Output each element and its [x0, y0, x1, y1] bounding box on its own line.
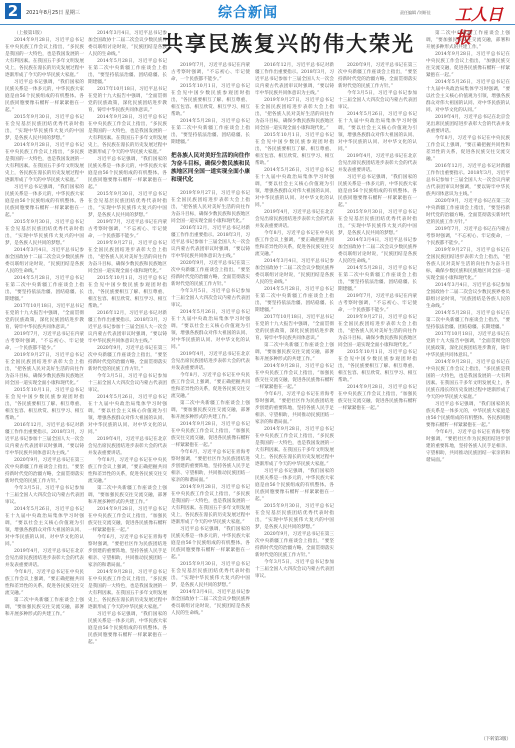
paragraph: 2019年4月，习近平总书记在北京会见出席民族团结进步表彰大会的代表并发表重要讲…: [255, 209, 334, 230]
paragraph: 习近平总书记强调，“我们国家的民族关系是一体多元的，中华民族大家庭是由56个民族…: [426, 401, 510, 429]
paragraph: 2020年9月，习近平总书记在第三次中央新疆工作座谈会上指出，“要坚持新时代党的…: [255, 531, 334, 559]
paragraph: 2019年9月27日，习近平总书记在全国民族团结进步表彰大会上指出，“把各族人民…: [88, 240, 167, 275]
paragraph: 今年6月，习近平总书记在青海考察时强调，“要把社区作为民族团结进步创建的重要阵地…: [171, 449, 250, 484]
continuation-note: （上接第1版）: [5, 30, 84, 37]
paragraph: 今年3月5日，习近平总书记参加十三届全国人大四次会议内蒙古代表团审议。: [171, 288, 250, 309]
paragraph: 2019年4月，习近平总书记在北京会见出席民族团结进步表彰大会的代表并发表重要讲…: [88, 436, 167, 457]
paragraph: 2016年12月，习近平总书记对新疆工作作出重要指示。2018年3月，习近平总书…: [426, 163, 510, 198]
paragraph: 2020年9月，习近平总书记在第三次中央新疆工作座谈会上指出，“要坚持新时代党的…: [426, 198, 510, 226]
paragraph: 2015年10月1日，习近平总书记在会见中国少数民族参观团时指出，“各民族要相互…: [255, 132, 334, 167]
paragraph: 2014年9月28日，习近平总书记在中央民族工作会议上指出，“多民族是我国的一大…: [171, 484, 250, 526]
paragraph: 2019年7月，习近平总书记在内蒙古考察时强调，“不忘初心、牢记使命，一个民族都…: [88, 219, 167, 240]
paragraph: 2016年12月，习近平总书记对新疆工作作出重要指示。2018年3月，习近平总书…: [255, 62, 334, 97]
paragraph: 2019年9月27日，习近平总书记在全国民族团结进步表彰大会上指出，“把各族人民…: [255, 97, 334, 132]
paragraph: 2014年9月28日，习近平总书记在中央民族工作会议上指出，“加强民族交往交流交…: [338, 384, 417, 412]
paragraph: 2014年5月26日，习近平总书记在十九届中央政治局集体学习时强调，“要以社会主…: [5, 506, 84, 548]
paragraph: 2019年9月27日，习近平总书记在全国民族团结进步表彰大会上指出，“把各族人民…: [338, 314, 417, 349]
paragraph: 2019年9月27日，习近平总书记在全国民族团结进步表彰大会上指出，“把各族人民…: [426, 247, 510, 282]
section-title: 综合新闻: [218, 2, 278, 22]
paragraph: 2014年9月28日，习近平总书记在中央民族工作会议上指出，“加强民族交往交流交…: [88, 506, 167, 534]
paragraph: 2014年5月28日，习近平总书记在第二次中央新疆工作座谈会上指出，“要坚持依法…: [255, 286, 334, 314]
paragraph: 2015年9月30日，习近平总书记在会见基层民族团结优秀代表时指出，“实现中华民…: [338, 209, 417, 237]
paragraph: 2015年10月1日，习近平总书记在会见中国少数民族参观团时指出，“各民族要相互…: [88, 275, 167, 310]
paragraph: 2019年9月27日，习近平总书记在全国民族团结进步表彰大会上指出，“把各族人民…: [5, 352, 84, 387]
paragraph: 2014年5月26日，习近平总书记在十九届中央政治局集体学习时强调，“要以社会主…: [88, 394, 167, 436]
article-column-3: 2019年7月，习近平总书记在内蒙古考察时强调，“不忘初心、牢记使命，一个民族都…: [171, 62, 250, 617]
paragraph: 今年8月，习近平总书记在中央民族工作会议上强调，“要正确把握共同性和差异性的关系…: [255, 230, 334, 258]
article-column-5: 2020年9月，习近平总书记在第三次中央新疆工作座谈会上指出，“要坚持新时代党的…: [338, 62, 417, 412]
paragraph: 今年3月5日，习近平总书记参加十三届全国人大四次会议内蒙古代表团审议。: [255, 559, 334, 580]
paragraph: 2014年5月26日，习近平总书记在十九届中央政治局集体学习时强调，“要以社会主…: [255, 167, 334, 209]
paragraph: 2019年7月，习近平总书记在内蒙古考察时强调，“不忘初心、牢记使命，一个民族都…: [5, 331, 84, 352]
paragraph: 2014年9月28日，习近平总书记在中央民族工作会议上指出，“加强民族交往交流交…: [255, 363, 334, 391]
paragraph: 第二次中央新疆工作座谈会上强调，“要加强民族交往交流交融，部署和开展多种形式的共…: [171, 400, 250, 421]
paragraph: 第二次中央新疆工作座谈会上强调，“要加强民族交往交流交融，部署和开展多种形式的共…: [255, 342, 334, 363]
paragraph: 今年8月，习近平总书记在中央民族工作会议上强调，“要正确把握共同性和差异性的关系…: [171, 372, 250, 400]
paragraph: 2014年9月28日，习近平总书记在中央民族工作会议上指出，“多民族是我国的一大…: [426, 359, 510, 401]
paragraph: 今年8月，习近平总书记在中央民族工作会议上强调，“要正确把握共同性和差异性的关系…: [426, 135, 510, 163]
paragraph: 习近平总书记强调，“我们国家的民族关系是一体多元的，中华民族大家庭是由56个民族…: [255, 468, 334, 503]
paragraph: 2015年10月1日，习近平总书记在会见中国少数民族参观团时指出，“各民族要相互…: [5, 387, 84, 422]
paragraph: 2014年9月28日，习近平总书记在中央民族工作会议上指出，“多民族是我国的一大…: [5, 142, 84, 184]
paragraph: 2015年9月30日，习近平总书记在会见基层民族团结优秀代表时指出，“实现中华民…: [171, 561, 250, 589]
paragraph: 习近平总书记强调，“我们国家的民族关系是一体多元的，中华民族大家庭是由56个民族…: [5, 184, 84, 219]
paragraph: 2015年10月1日，习近平总书记在会见中国少数民族参观团时指出，“各民族要相互…: [171, 83, 250, 118]
paragraph: 2015年10月1日，习近平总书记在会见中国少数民族参观团时指出，“各民族要相互…: [338, 349, 417, 384]
paragraph: 第二次中央新疆工作座谈会上强调，“要加强民族交往交流交融，部署和开展多种形式的共…: [88, 485, 167, 506]
paragraph: 2014年9月28日，习近平总书记在中央民族工作会议上指出，“加强民族交往交流交…: [426, 51, 510, 79]
paragraph: 第二次中央新疆工作座谈会上强调，“要加强民族交往交流交融，部署和开展多种形式的共…: [5, 597, 84, 618]
paragraph: 2020年9月，习近平总书记在第三次中央新疆工作座谈会上指出，“要坚持新时代党的…: [338, 62, 417, 90]
article-column-6: 第二次中央新疆工作座谈会上强调，“要加强民族交往交流交融，部署和开展多种形式的共…: [426, 30, 510, 464]
paragraph: 2020年9月，习近平总书记在第三次中央新疆工作座谈会上指出，“要坚持新时代党的…: [171, 260, 250, 288]
paragraph: 习近平总书记强调，“我们国家的民族关系是一体多元的，中华民族大家庭是由56个民族…: [88, 156, 167, 191]
article-column-1: （上接第1版） 2014年9月28日，习近平总书记在中央民族工作会议上指出，“多…: [5, 30, 84, 618]
paragraph: 2014年5月26日，习近平总书记在十九届中央政治局集体学习时强调，“要以社会主…: [171, 309, 250, 351]
paragraph: 习近平总书记强调，“我们国家的民族关系是一体多元的，中华民族大家庭是由56个民族…: [338, 174, 417, 209]
paragraph: 2017年10月18日，习近平总书记在党的十九大报告中强调，“全面贯彻党的民族政…: [88, 86, 167, 114]
paragraph: 习近平总书记强调，“我们国家的民族关系是一体多元的，中华民族大家庭是由56个民族…: [5, 79, 84, 114]
issue-date: 2021年8月25日 星期三: [26, 9, 80, 16]
paragraph: 2019年4月，习近平总书记在北京会见出席民族团结进步表彰大会的代表并发表重要讲…: [171, 351, 250, 372]
paragraph: 2014年3月4日，习近平总书记参加全国政协十二届二次会议少数民族界委员联组讨论…: [255, 258, 334, 286]
paragraph: 2014年3月4日，习近平总书记参加全国政协十二届二次会议少数民族界委员联组讨论…: [171, 589, 250, 617]
paragraph: 2014年9月28日，习近平总书记在中央民族工作会议上指出，“多民族是我国的一大…: [255, 426, 334, 468]
article-headline: 共享民族复兴的伟大荣光: [162, 28, 415, 58]
paragraph: 2014年9月28日，习近平总书记在中央民族工作会议上指出，“多民族是我国的一大…: [5, 37, 84, 79]
editor-credit: 责任编辑 /刘妍佳: [400, 10, 431, 16]
paragraph: 2014年9月28日，习近平总书记在中央民族工作会议上指出，“多民族是我国的一大…: [88, 569, 167, 611]
paragraph: 今年6月，习近平总书记在青海考察时强调，“要把社区作为民族团结进步创建的重要阵地…: [426, 429, 510, 464]
article-column-4: 2016年12月，习近平总书记对新疆工作作出重要指示。2018年3月，习近平总书…: [255, 62, 334, 580]
paragraph: 2014年3月4日，习近平总书记参加全国政协十二届二次会议少数民族界委员联组讨论…: [426, 282, 510, 310]
article-column-2: 2014年3月4日，习近平总书记参加全国政协十二届二次会议少数民族界委员联组讨论…: [88, 30, 167, 646]
paragraph: 2019年4月，习近平总书记在北京会见出席民族团结进步表彰大会的代表并发表重要讲…: [5, 548, 84, 569]
paragraph: 2019年7月，习近平总书记在内蒙古考察时强调，“不忘初心、牢记使命，一个民族都…: [171, 62, 250, 83]
paragraph: 2014年3月4日，习近平总书记参加全国政协十二届二次会议少数民族界委员联组讨论…: [5, 247, 84, 275]
paragraph: 今年8月，习近平总书记在中央民族工作会议上强调，“要正确把握共同性和差异性的关系…: [5, 569, 84, 597]
paragraph: 2020年9月，习近平总书记在第三次中央新疆工作座谈会上指出，“要坚持新时代党的…: [5, 457, 84, 485]
paragraph: 2016年12月，习近平总书记对新疆工作作出重要指示。2018年3月，习近平总书…: [5, 422, 84, 457]
paragraph: 2019年4月，习近平总书记在北京会见出席民族团结进步表彰大会的代表并发表重要讲…: [426, 114, 510, 135]
paragraph: 2014年5月26日，习近平总书记在十九届中央政治局集体学习时强调，“要以社会主…: [426, 79, 510, 114]
paragraph: 今年3月5日，习近平总书记参加十三届全国人大四次会议内蒙古代表团审议。: [338, 90, 417, 111]
paragraph: 2014年3月4日，习近平总书记参加全国政协十二届二次会议少数民族界委员联组讨论…: [88, 30, 167, 58]
paragraph: 今年6月，习近平总书记在青海考察时强调，“要把社区作为民族团结进步创建的重要阵地…: [88, 534, 167, 569]
paragraph: 2014年5月28日，习近平总书记在第二次中央新疆工作座谈会上指出，“要坚持依法…: [88, 58, 167, 86]
paragraph: 2014年9月28日，习近平总书记在中央民族工作会议上指出，“加强民族交往交流交…: [171, 421, 250, 449]
paragraph: 2017年10月18日，习近平总书记在党的十九大报告中强调，“全面贯彻党的民族政…: [255, 314, 334, 342]
paragraph: 习近平总书记强调，“我们国家的民族关系是一体多元的，中华民族大家庭是由56个民族…: [88, 611, 167, 646]
paragraph: 今年6月，习近平总书记在青海考察时强调，“要把社区作为民族团结进步创建的重要阵地…: [255, 391, 334, 426]
newspaper-masthead: 2 2021年8月25日 星期三 综合新闻 责任编辑 /刘妍佳 工人日报: [0, 0, 515, 25]
paragraph: 2019年4月，习近平总书记在北京会见出席民族团结进步表彰大会的代表并发表重要讲…: [338, 153, 417, 174]
paragraph: 2014年5月28日，习近平总书记在第二次中央新疆工作座谈会上指出，“要坚持依法…: [171, 118, 250, 146]
paragraph: 习近平总书记强调，“我们国家的民族关系是一体多元的，中华民族大家庭是由56个民族…: [171, 526, 250, 561]
paragraph: 2019年7月，习近平总书记在内蒙古考察时强调，“不忘初心、牢记使命，一个民族都…: [426, 226, 510, 247]
paragraph: 2020年9月，习近平总书记在第三次中央新疆工作座谈会上指出，“要坚持新时代党的…: [88, 345, 167, 373]
paragraph: 2017年10月18日，习近平总书记在党的十九大报告中强调，“全面贯彻党的民族政…: [426, 331, 510, 359]
paragraph: 2016年12月，习近平总书记对新疆工作作出重要指示。2018年3月，习近平总书…: [88, 310, 167, 345]
paragraph: 2014年3月4日，习近平总书记参加全国政协十二届二次会议少数民族界委员联组讨论…: [338, 237, 417, 265]
paragraph: 2014年5月28日，习近平总书记在第二次中央新疆工作座谈会上指出，“要坚持依法…: [426, 310, 510, 331]
paragraph: 2019年7月，习近平总书记在内蒙古考察时强调，“不忘初心、牢记使命，一个民族都…: [338, 293, 417, 314]
page-number-badge: 2: [5, 3, 21, 19]
paragraph: 2014年5月28日，习近平总书记在第二次中央新疆工作座谈会上指出，“要坚持依法…: [5, 275, 84, 303]
paragraph: 2014年9月28日，习近平总书记在中央民族工作会议上指出，“多民族是我国的一大…: [88, 114, 167, 156]
paragraph: 2015年9月30日，习近平总书记在会见基层民族团结优秀代表时指出，“实现中华民…: [5, 114, 84, 142]
paragraph: 2019年9月27日，习近平总书记在全国民族团结进步表彰大会上指出，“把各族人民…: [171, 190, 250, 225]
paragraph: 今年8月，习近平总书记在中央民族工作会议上强调，“要正确把握共同性和差异性的关系…: [88, 457, 167, 485]
paragraph: 第二次中央新疆工作座谈会上强调，“要加强民族交往交流交融，部署和开展多种形式的共…: [426, 30, 510, 51]
continuation-note: （下转第3版）: [481, 736, 511, 742]
subheading-1: 把各族人民对美好生活的向往作为奋斗目标，确保少数民族和民族地区同全国一道实现全面…: [171, 152, 250, 184]
paragraph: 2015年9月30日，习近平总书记在会见基层民族团结优秀代表时指出，“实现中华民…: [5, 219, 84, 247]
paragraph: 2017年10月18日，习近平总书记在党的十九大报告中强调，“全面贯彻党的民族政…: [5, 303, 84, 331]
paragraph: 2014年5月26日，习近平总书记在十九届中央政治局集体学习时强调，“要以社会主…: [338, 111, 417, 153]
paragraph: 2014年5月28日，习近平总书记在第二次中央新疆工作座谈会上指出，“要坚持依法…: [338, 265, 417, 293]
paragraph: 2015年9月30日，习近平总书记在会见基层民族团结优秀代表时指出，“实现中华民…: [88, 191, 167, 219]
paragraph: 今年3月5日，习近平总书记参加十三届全国人大四次会议内蒙古代表团审议。: [88, 373, 167, 394]
paragraph: 2016年12月，习近平总书记对新疆工作作出重要指示。2018年3月，习近平总书…: [171, 225, 250, 260]
paragraph: 2015年9月30日，习近平总书记在会见基层民族团结优秀代表时指出，“实现中华民…: [255, 503, 334, 531]
paragraph: 今年3月5日，习近平总书记参加十三届全国人大四次会议内蒙古代表团审议。: [5, 485, 84, 506]
